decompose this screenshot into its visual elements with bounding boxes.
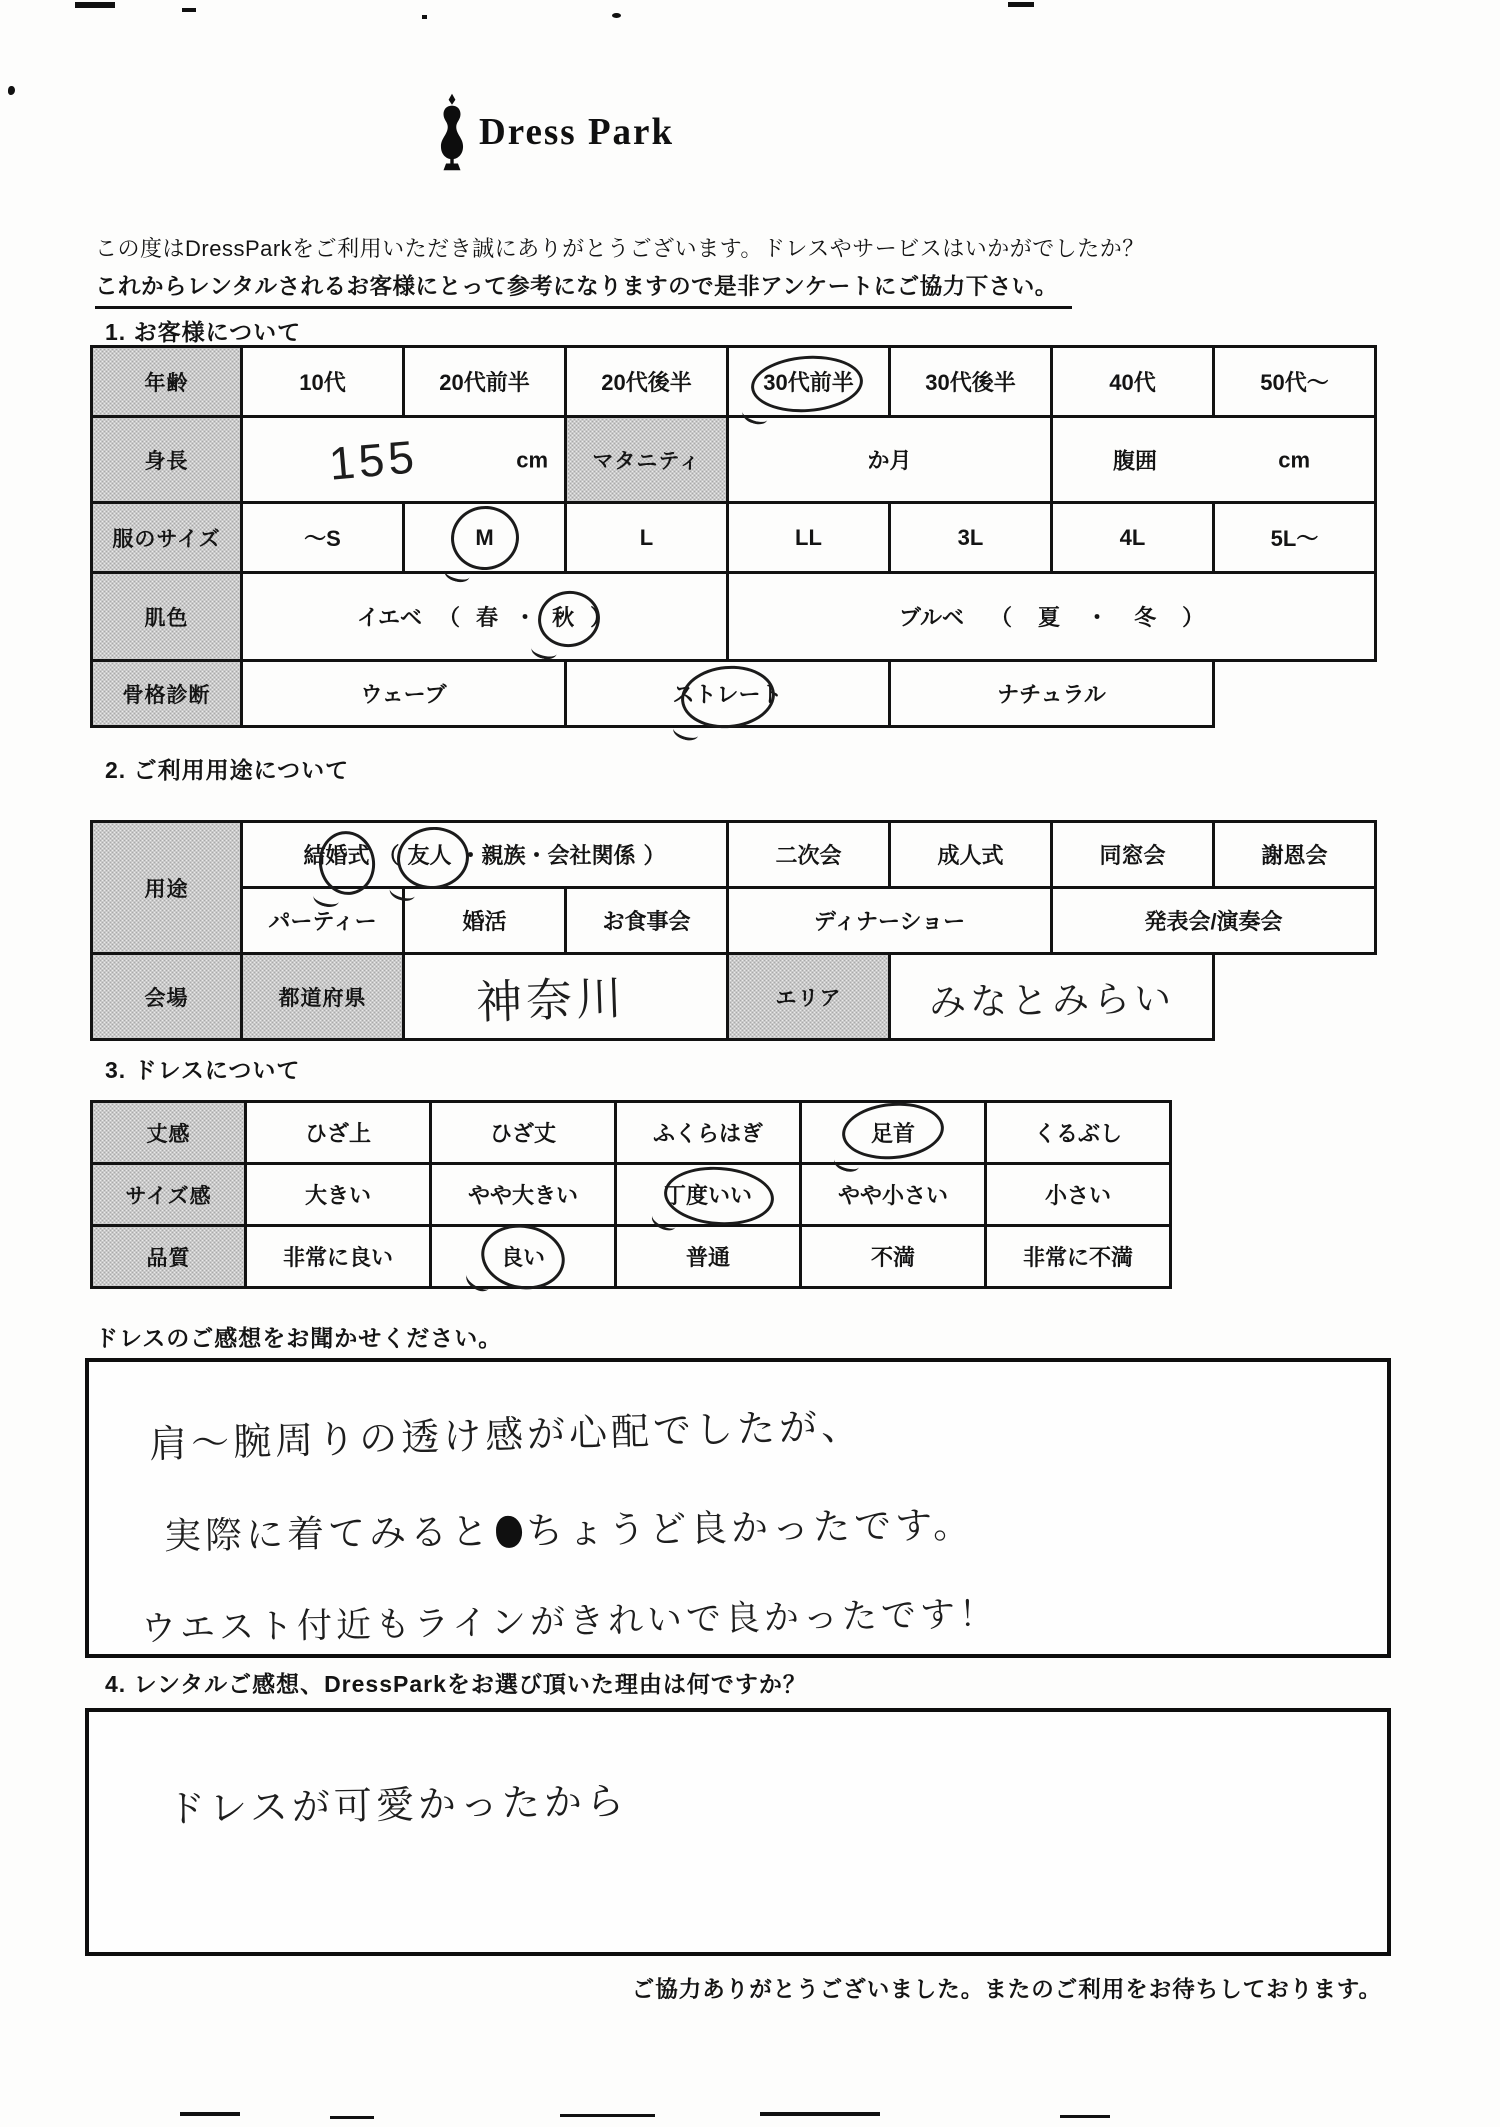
maternity-months-cell: か月 [728,417,1052,503]
reason-answer-box: ドレスが可愛かったから [85,1708,1391,1956]
section4-heading: 4. レンタルご感想、DressParkをお選び頂いた理由は何ですか？ [105,1666,807,1699]
area-handwritten-value: みなとみらい [928,967,1175,1025]
scan-artifact [1008,2,1034,7]
scan-artifact [75,2,115,8]
section1-heading: 1. お客様について [105,314,301,347]
option-cell: 大きい [246,1164,431,1226]
skin-blue-base-cell: ブルベ （ 夏 ・ 冬 ） [728,573,1376,661]
option-cell: 3L [890,503,1052,573]
scan-artifact [180,2112,240,2116]
option-cell: 謝恩会 [1214,822,1376,888]
option-cell: 50代～ [1214,347,1376,417]
option-cell-selected: 良い [431,1226,616,1288]
row-label-skin-tone: 肌色 [92,573,242,661]
area-label: エリア [728,954,890,1040]
feedback-line-1: 肩～腕周りの透け感が心配でしたが、 [148,1395,863,1469]
scan-artifact [330,2116,374,2119]
feedback-answer-box: 肩～腕周りの透け感が心配でしたが、 実際に着てみるとちょうど良かったです。 ウエ… [85,1358,1391,1658]
empty-cell [1214,661,1376,727]
section2-heading: 2. ご利用用途について [105,752,349,785]
scan-artifact [760,2112,880,2116]
option-cell: 不満 [801,1226,986,1288]
row-label-quality: 品質 [92,1226,246,1288]
feedback-line-2: 実際に着てみるとちょうど良かったです。 [164,1494,975,1559]
option-cell: パーティー [242,888,404,954]
empty-cell [1214,954,1376,1040]
option-cell: 4L [1052,503,1214,573]
row-label-frame-diagnosis: 骨格診断 [92,661,242,727]
scan-artifact [560,2114,655,2117]
customer-table: 年齢 10代 20代前半 20代後半 30代前半 30代後半 40代 50代～ … [90,345,1377,728]
row-label-clothing-size: 服のサイズ [92,503,242,573]
option-cell: 5L～ [1214,503,1376,573]
waist-unit: cm [1278,447,1310,473]
brand-name: Dress Park [479,110,674,154]
intro-line-1: この度はDressParkをご利用いただき誠にありがとうございます。ドレスやサー… [95,232,1145,263]
area-value-cell: みなとみらい [890,954,1214,1040]
prefecture-label: 都道府県 [242,954,404,1040]
option-cell: ひざ上 [246,1102,431,1164]
row-label-age: 年齢 [92,347,242,417]
table-row: 年齢 10代 20代前半 20代後半 30代前半 30代後半 40代 50代～ [92,347,1376,417]
reason-handwritten-answer: ドレスが可愛かったから [167,1770,629,1833]
option-cell: 30代後半 [890,347,1052,417]
scan-artifact [422,15,427,19]
row-label-length: 丈感 [92,1102,246,1164]
scan-artifact [612,13,621,18]
prefecture-handwritten-value: 神奈川 [474,961,626,1032]
row-label-fit: サイズ感 [92,1164,246,1226]
option-cell: LL [728,503,890,573]
dress-table: 丈感 ひざ上 ひざ丈 ふくらはぎ 足首 くるぶし サイズ感 大きい やや大きい … [90,1100,1172,1289]
option-cell: 二次会 [728,822,890,888]
table-row: 用途 結婚式 （ 友人 ・親族・会社関係 ） 二次会 成人式 同窓会 謝恩会 [92,822,1376,888]
scan-artifact [8,86,15,95]
table-row: 身長 155 cm マタニティ か月 腹囲 cm [92,417,1376,503]
table-row: 骨格診断 ウェーブ ストレート ナチュラル [92,661,1376,727]
option-cell: 10代 [242,347,404,417]
dresspark-logo: Dress Park [435,92,674,172]
option-cell: ふくらはぎ [616,1102,801,1164]
option-cell: 20代後半 [566,347,728,417]
intro-line-2: これからレンタルされるお客様にとって参考になりますので是非アンケートにご協力下さ… [95,269,1072,309]
option-cell: 40代 [1052,347,1214,417]
footer-thanks: ご協力ありがとうございました。またのご利用をお待ちしております。 [632,1972,1382,2004]
table-row: 服のサイズ ～S M L LL 3L 4L 5L～ [92,503,1376,573]
option-cell: 非常に良い [246,1226,431,1288]
row-label-height: 身長 [92,417,242,503]
scanned-survey-page: Dress Park この度はDressParkをご利用いただき誠にありがとうご… [0,0,1500,2127]
row-label-purpose: 用途 [92,822,242,954]
option-cell: 同窓会 [1052,822,1214,888]
option-cell: くるぶし [986,1102,1171,1164]
option-cell: お食事会 [566,888,728,954]
option-cell: ～S [242,503,404,573]
option-cell-selected: 足首 [801,1102,986,1164]
table-row: パーティー 婚活 お食事会 ディナーショー 発表会/演奏会 [92,888,1376,954]
table-row: サイズ感 大きい やや大きい 丁度いい やや小さい 小さい [92,1164,1171,1226]
height-handwritten-value: 155 [327,429,420,491]
scan-artifact [182,8,196,12]
option-cell: ナチュラル [890,661,1214,727]
maternity-label: マタニティ [566,417,728,503]
option-cell: やや小さい [801,1164,986,1226]
option-cell-selected: M [404,503,566,573]
option-cell: 20代前半 [404,347,566,417]
section3-heading: 3. ドレスについて [105,1052,300,1085]
scribble-blot [496,1516,522,1548]
row-label-venue: 会場 [92,954,242,1040]
table-row: 品質 非常に良い 良い 普通 不満 非常に不満 [92,1226,1171,1288]
option-cell: L [566,503,728,573]
option-cell-selected: 結婚式 （ 友人 ・親族・会社関係 ） [242,822,728,888]
option-cell: 婚活 [404,888,566,954]
option-cell: 小さい [986,1164,1171,1226]
usage-table: 用途 結婚式 （ 友人 ・親族・会社関係 ） 二次会 成人式 同窓会 謝恩会 パ… [90,820,1377,1041]
waist-label: 腹囲 [1113,444,1157,475]
skin-yellow-base-cell: イエベ （ 春 ・ 秋 ） [242,573,728,661]
height-unit: cm [516,447,548,473]
option-cell-selected: 丁度いい [616,1164,801,1226]
waist-cell: 腹囲 cm [1052,417,1376,503]
table-row: 会場 都道府県 神奈川 エリア みなとみらい [92,954,1376,1040]
scan-artifact [1060,2115,1110,2118]
option-cell: 成人式 [890,822,1052,888]
feedback-prompt: ドレスのご感想をお聞かせください。 [95,1320,502,1353]
option-cell: 発表会/演奏会 [1052,888,1376,954]
option-cell-selected: ストレート [566,661,890,727]
prefecture-value-cell: 神奈川 [404,954,728,1040]
option-cell-selected: 30代前半 [728,347,890,417]
height-value-cell: 155 cm [242,417,566,503]
option-cell: やや大きい [431,1164,616,1226]
option-cell: 普通 [616,1226,801,1288]
dress-mannequin-icon [435,92,469,172]
option-cell: ディナーショー [728,888,1052,954]
option-cell: ウェーブ [242,661,566,727]
table-row: 丈感 ひざ上 ひざ丈 ふくらはぎ 足首 くるぶし [92,1102,1171,1164]
table-row: 肌色 イエベ （ 春 ・ 秋 ） ブルベ （ 夏 ・ 冬 [92,573,1376,661]
option-cell: ひざ丈 [431,1102,616,1164]
feedback-line-3: ウエスト付近もラインがきれいで良かったです！ [141,1587,999,1652]
option-cell: 非常に不満 [986,1226,1171,1288]
